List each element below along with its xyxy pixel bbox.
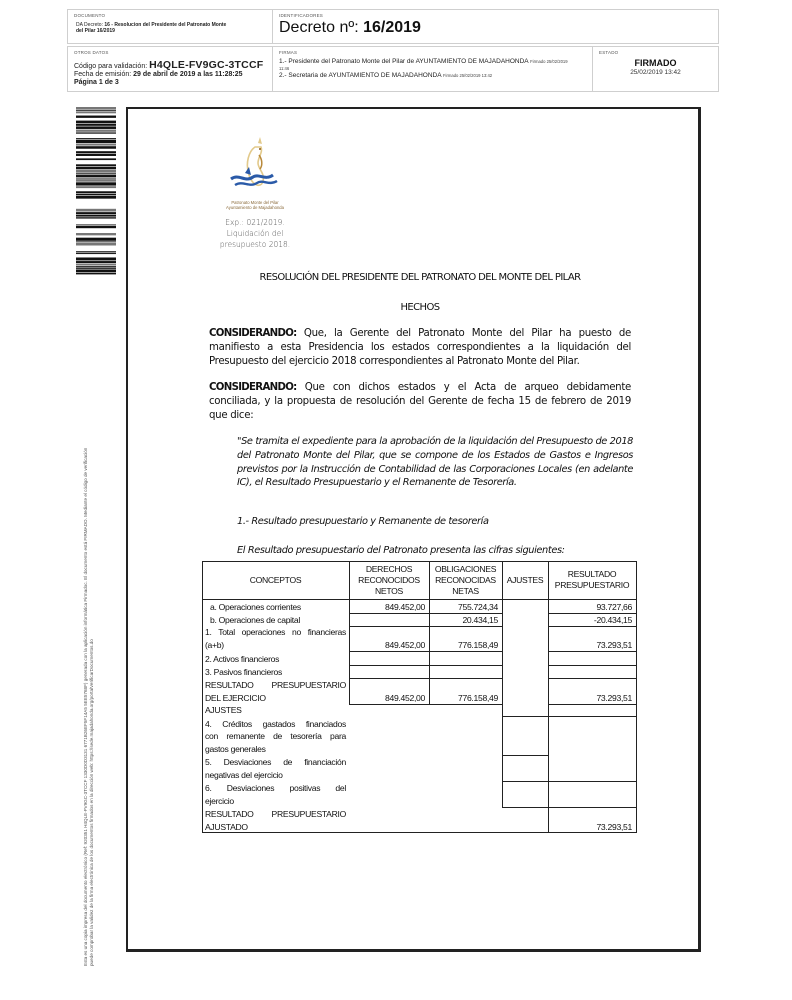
status-badge: FIRMADO xyxy=(593,58,718,68)
table-intro: El Resultado presupuestario del Patronat… xyxy=(237,544,633,558)
table-gridline xyxy=(548,716,636,717)
header-text: OBLIGACIONES xyxy=(435,564,496,575)
signature-1: 1.- Presidente del Patronato Monte del P… xyxy=(279,58,568,65)
considerando-paragraph-2: CONSIDERANDO: Que con dichos estados y e… xyxy=(209,381,631,422)
table-gridline xyxy=(502,807,548,808)
section-heading-hechos: HECHOS xyxy=(200,302,640,313)
verification-notice-line2: puede comprobar la validez de la firma e… xyxy=(89,639,94,966)
header-text: DERECHOS xyxy=(366,564,412,575)
concept-text: a. Operaciones corrientes xyxy=(210,601,351,614)
table-row-concept: a. Operaciones corrientes xyxy=(210,599,351,613)
table-gridline xyxy=(349,613,502,614)
table-value-obligaciones: 776.158,49 xyxy=(429,626,498,651)
other-data-label: OTROS DATOS xyxy=(74,50,109,55)
table-row-concept: RESULTADO PRESUPUESTARIOAJUSTADO xyxy=(205,807,346,833)
validation-code: Código para validación: H4QLE-FV9GC-3TCC… xyxy=(74,59,263,71)
header-text: NETAS xyxy=(452,586,479,597)
table-gridline xyxy=(502,561,503,599)
table-gridline xyxy=(548,651,636,652)
concept-text: 1. Total operaciones no financieras xyxy=(205,626,346,639)
table-row-concept: 5. Desviaciones de financiaciónnegativas… xyxy=(205,755,346,781)
other-data-box: OTROS DATOS Código para validación: H4QL… xyxy=(67,46,273,92)
concept-text: con remanente de tesorería para xyxy=(205,730,346,743)
concept-text: gastos generales xyxy=(205,743,346,756)
table-row-concept: 2. Activos financieros xyxy=(205,651,346,665)
table-row-concept: 1. Total operaciones no financieras(a+b) xyxy=(205,626,346,651)
status-label: ESTADO xyxy=(599,50,618,55)
table-gridline xyxy=(548,781,636,782)
table-row-concept: 3. Pasivos financieros xyxy=(205,665,346,678)
table-gridline xyxy=(548,613,636,614)
decree-number: Decreto nº: 16/2019 xyxy=(279,19,421,37)
concept-text: DEL EJERCICIO xyxy=(205,692,346,705)
table-gridline xyxy=(349,678,502,679)
table-value-obligaciones: 776.158,49 xyxy=(429,678,498,704)
header-text: AJUSTES xyxy=(507,575,544,586)
document-info-box: DOCUMENTO DA Decreto: 16 - Resolucion de… xyxy=(67,9,273,44)
identifiers-label: IDENTIFICADORES xyxy=(279,13,323,18)
concept-text: (a+b) xyxy=(205,639,346,652)
table-gridline xyxy=(548,561,549,599)
table-gridline xyxy=(349,626,502,627)
resolution-title: RESOLUCIÓN DEL PRESIDENTE DEL PATRONATO … xyxy=(200,272,640,283)
header-text: RECONOCIDOS xyxy=(358,575,420,586)
table-gridline xyxy=(202,599,637,600)
document-label: DOCUMENTO xyxy=(74,13,105,18)
concept-text: 6. Desviaciones positivas del xyxy=(205,782,346,795)
concept-text: RESULTADO PRESUPUESTARIO xyxy=(205,808,346,821)
svg-text:Ayuntamiento de Majadahonda: Ayuntamiento de Majadahonda xyxy=(226,205,285,210)
table-gridline xyxy=(502,755,548,756)
header-text: NETOS xyxy=(375,586,403,597)
table-value-obligaciones: 755.724,34 xyxy=(429,599,498,613)
page-indicator: Página 1 de 3 xyxy=(74,79,119,86)
signatures-box: FIRMAS 1.- Presidente del Patronato Mont… xyxy=(272,46,593,92)
concept-text: 4. Créditos gastados financiados xyxy=(205,718,346,731)
table-value-derechos: 849.452,00 xyxy=(349,626,425,651)
table-gridline xyxy=(636,561,637,833)
signature-2: 2.- Secretaria de AYUNTAMIENTO DE MAJADA… xyxy=(279,72,492,79)
table-value-resultado: -20.434,15 xyxy=(548,613,632,626)
document-description: DA Decreto: 16 - Resolucion del Presiden… xyxy=(76,22,246,34)
table-gridline xyxy=(548,704,636,705)
table-row-concept: RESULTADO PRESUPUESTARIODEL EJERCICIO xyxy=(205,678,346,704)
considerando-paragraph-1: CONSIDERANDO: Que, la Gerente del Patron… xyxy=(209,327,631,368)
table-gridline xyxy=(548,678,636,679)
table-value-derechos: 849.452,00 xyxy=(349,678,425,704)
concept-text: 2. Activos financieros xyxy=(205,653,346,666)
subsection-heading: 1.- Resultado presupuestario y Remanente… xyxy=(237,515,633,529)
table-header-cell: CONCEPTOS xyxy=(202,561,349,599)
identifiers-box: IDENTIFICADORES Decreto nº: 16/2019 xyxy=(272,9,719,44)
concept-text: AJUSTES xyxy=(205,704,346,717)
table-value-resultado: 73.293,51 xyxy=(548,807,632,833)
table-gridline xyxy=(548,626,636,627)
signature-1-time: 11:46 xyxy=(279,66,289,71)
concept-text: negativas del ejercicio xyxy=(205,769,346,782)
table-gridline xyxy=(548,807,636,808)
table-value-resultado: 73.293,51 xyxy=(548,678,632,704)
table-gridline xyxy=(349,561,350,599)
issue-date: Fecha de emisión: 29 de abril de 2019 a … xyxy=(74,71,243,78)
header-text: CONCEPTOS xyxy=(250,575,302,586)
concept-text: ejercicio xyxy=(205,795,346,808)
header-text: PRESUPUESTARIO xyxy=(555,580,629,591)
table-gridline xyxy=(502,599,503,807)
header-text: RESULTADO xyxy=(568,569,617,580)
table-row-concept: 4. Créditos gastados financiadoscon rema… xyxy=(205,716,346,755)
table-value-resultado: 93.727,66 xyxy=(548,599,632,613)
verification-notice-line1: Esta es una copia impresa del documento … xyxy=(83,448,88,966)
concept-text: 5. Desviaciones de financiación xyxy=(205,756,346,769)
table-gridline xyxy=(349,704,502,705)
table-header-cell: RESULTADOPRESUPUESTARIO xyxy=(548,561,636,599)
table-row-concept: b. Operaciones de capital xyxy=(210,613,351,626)
signatures-label: FIRMAS xyxy=(279,50,297,55)
patronato-logo: Patronato Monte del Pilar Ayuntamiento d… xyxy=(225,133,285,218)
table-gridline xyxy=(202,832,637,833)
table-gridline xyxy=(202,561,637,562)
table-header-cell: AJUSTES xyxy=(502,561,548,599)
header-text: RECONOCIDAS xyxy=(435,575,496,586)
quoted-proposal: "Se tramita el expediente para la aproba… xyxy=(237,435,633,490)
status-date: 25/02/2019 13:42 xyxy=(593,69,718,76)
barcode-icon xyxy=(76,107,116,275)
table-gridline xyxy=(502,781,548,782)
table-value-resultado: 73.293,51 xyxy=(548,626,632,651)
concept-text: b. Operaciones de capital xyxy=(210,614,351,627)
budget-result-table: CONCEPTOSDERECHOSRECONOCIDOSNETOSOBLIGAC… xyxy=(202,561,637,833)
concept-text: 3. Pasivos financieros xyxy=(205,666,346,679)
table-row-concept: 6. Desviaciones positivas delejercicio xyxy=(205,781,346,807)
table-gridline xyxy=(429,561,430,599)
table-header-cell: OBLIGACIONESRECONOCIDASNETAS xyxy=(429,561,502,599)
table-row-concept: AJUSTES xyxy=(205,704,346,716)
table-value-obligaciones: 20.434,15 xyxy=(429,613,498,626)
status-box: ESTADO FIRMADO 25/02/2019 13:42 xyxy=(592,46,719,92)
table-gridline xyxy=(349,651,502,652)
concept-text: RESULTADO PRESUPUESTARIO xyxy=(205,679,346,692)
table-gridline xyxy=(502,716,548,717)
table-gridline xyxy=(202,561,203,833)
table-gridline xyxy=(548,665,636,666)
file-reference-note: Exp.: 021/2019. Liquidación del presupue… xyxy=(205,217,305,250)
table-value-derechos: 849.452,00 xyxy=(349,599,425,613)
table-gridline xyxy=(349,665,502,666)
table-header-cell: DERECHOSRECONOCIDOSNETOS xyxy=(349,561,429,599)
